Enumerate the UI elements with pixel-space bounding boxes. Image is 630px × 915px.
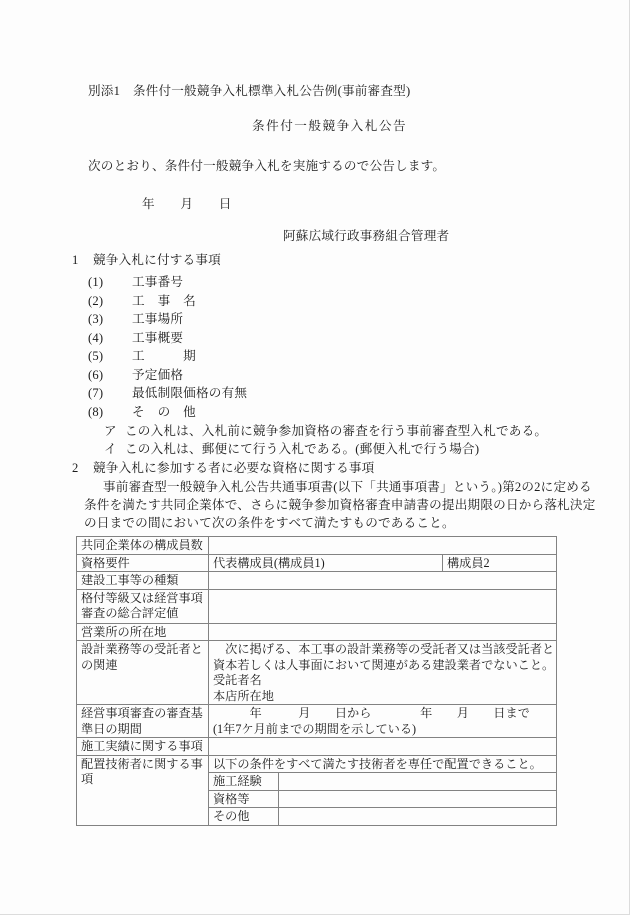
row-qualification: 資格要件 代表構成員(構成員1) 構成員2 <box>77 554 557 572</box>
section1-number: 1 <box>72 253 93 268</box>
item-6-label: 予定価格 <box>132 368 183 382</box>
item-2-label: 工 事 名 <box>132 294 196 308</box>
item-5: (5)工 期 <box>88 349 196 364</box>
item-6-number: (6) <box>88 368 132 383</box>
row-design-contractor-relation: 設計業務等の受託者との関連 次に掲げる、本工事の設計業務等の受託者又は当該受託者… <box>77 641 557 705</box>
row-qualification-label: 資格要件 <box>77 554 209 572</box>
section2-number: 2 <box>72 461 93 476</box>
item-8-number: (8) <box>88 405 132 420</box>
item-5-number: (5) <box>88 349 132 364</box>
section1-heading: 1競争入札に付する事項 <box>72 253 221 268</box>
row-engineer-experience-label: 施工経験 <box>209 773 279 791</box>
row-design-contractor-relation-label: 設計業務等の受託者との関連 <box>77 641 209 705</box>
document-page: 別添1 条件付一般競争入札標準入札公告例(事前審査型) 条件付一般競争入札公告 … <box>0 0 630 915</box>
row-jv-member-count-value <box>209 537 557 555</box>
item-3-number: (3) <box>88 312 132 327</box>
row-engineer-other-label: その他 <box>209 808 279 826</box>
date-line: 年 月 日 <box>142 197 232 212</box>
row-engineer-license-label: 資格等 <box>209 790 279 808</box>
row-rating-grade-value <box>209 589 557 623</box>
note-i-marker: イ <box>104 442 125 457</box>
item-7: (7)最低制限価格の有無 <box>88 386 247 401</box>
row-engineer-experience-value <box>279 773 557 791</box>
paragraph-line-1: 事前審査型一般競争入札公告共通事項書(以下「共通事項書」という。)第2の2に定め… <box>103 480 592 495</box>
paragraph-line-3: の日までの間において次の条件をすべて満たすものであること。 <box>84 516 455 531</box>
item-3: (3)工事場所 <box>88 312 183 327</box>
row-construction-type-value <box>209 572 557 590</box>
attachment-line: 別添1 条件付一般競争入札標準入札公告例(事前審査型) <box>88 84 410 99</box>
row-construction-type: 建設工事等の種類 <box>77 572 557 590</box>
design-relation-line-1: 次に掲げる、本工事の設計業務等の受託者又は当該受託者と <box>213 642 554 658</box>
row-office-location-label: 営業所の所在地 <box>77 623 209 641</box>
row-rating-grade: 格付等級又は経営事項審査の総合評定値 <box>77 589 557 623</box>
note-a-text: この入札は、入札前に競争参加資格の審査を行う事前審査型入札である。 <box>125 424 547 438</box>
item-4-number: (4) <box>88 331 132 346</box>
note-i: イこの入札は、郵便にて行う入札である。(郵便入札で行う場合) <box>104 442 479 457</box>
document-title: 条件付一般競争入札公告 <box>252 119 407 134</box>
section2-heading-text: 競争入札に参加する者に必要な資格に関する事項 <box>93 461 374 475</box>
item-1: (1)工事番号 <box>88 275 183 290</box>
review-period-line-1: 年 月 日から 年 月 日まで <box>213 706 554 722</box>
row-engineer-license-value <box>279 790 557 808</box>
row-assigned-engineer-label: 配置技術者に関する事項 <box>77 755 209 825</box>
row-office-location: 営業所の所在地 <box>77 623 557 641</box>
row-assigned-engineer: 配置技術者に関する事項 以下の条件をすべて満たす技術者を専任で配置できること。 <box>77 755 557 773</box>
row-design-contractor-relation-value: 次に掲げる、本工事の設計業務等の受託者又は当該受託者と 資本若しくは人事面におい… <box>209 641 557 705</box>
item-3-label: 工事場所 <box>132 312 183 326</box>
row-jv-member-count: 共同企業体の構成員数 <box>77 537 557 555</box>
item-2: (2)工 事 名 <box>88 294 196 309</box>
item-4: (4)工事概要 <box>88 331 183 346</box>
note-a: アこの入札は、入札前に競争参加資格の審査を行う事前審査型入札である。 <box>104 424 547 439</box>
row-qualification-col1: 代表構成員(構成員1) <box>209 554 443 572</box>
row-qualification-col2: 構成員2 <box>443 554 557 572</box>
item-8-label: そ の 他 <box>132 405 196 419</box>
row-rating-grade-label: 格付等級又は経営事項審査の総合評定値 <box>77 589 209 623</box>
row-construction-record-label: 施工実績に関する事項 <box>77 738 209 756</box>
design-relation-line-2: 資本若しくは人事面において関連がある建設業者でないこと。 <box>213 658 554 674</box>
item-6: (6)予定価格 <box>88 368 183 383</box>
item-1-number: (1) <box>88 275 132 290</box>
row-review-base-date-value: 年 月 日から 年 月 日まで (1年7ケ月前までの期間を示している) <box>209 705 557 738</box>
review-period-line-2: (1年7ケ月前までの期間を示している) <box>213 722 554 738</box>
item-1-label: 工事番号 <box>132 275 183 289</box>
row-office-location-value <box>209 623 557 641</box>
item-7-label: 最低制限価格の有無 <box>132 386 247 400</box>
item-4-label: 工事概要 <box>132 331 183 345</box>
row-construction-type-label: 建設工事等の種類 <box>77 572 209 590</box>
note-a-marker: ア <box>104 424 125 439</box>
item-8: (8)そ の 他 <box>88 405 196 420</box>
issuer-line: 阿蘇広域行政事務組合管理者 <box>283 229 449 244</box>
row-jv-member-count-label: 共同企業体の構成員数 <box>77 537 209 555</box>
row-review-base-date-label: 経営事項審査の審査基準日の期間 <box>77 705 209 738</box>
row-construction-record: 施工実績に関する事項 <box>77 738 557 756</box>
intro-line: 次のとおり、条件付一般競争入札を実施するので公告します。 <box>88 159 445 174</box>
design-relation-line-3: 受託者名 <box>213 673 554 689</box>
section1-heading-text: 競争入札に付する事項 <box>93 253 221 267</box>
design-relation-line-4: 本店所在地 <box>213 689 554 705</box>
item-2-number: (2) <box>88 294 132 309</box>
row-review-base-date: 経営事項審査の審査基準日の期間 年 月 日から 年 月 日まで (1年7ケ月前ま… <box>77 705 557 738</box>
note-i-text: この入札は、郵便にて行う入札である。(郵便入札で行う場合) <box>125 442 479 456</box>
row-assigned-engineer-header: 以下の条件をすべて満たす技術者を専任で配置できること。 <box>209 755 557 773</box>
row-construction-record-value <box>209 738 557 756</box>
qualification-table: 共同企業体の構成員数 資格要件 代表構成員(構成員1) 構成員2 建設工事等の種… <box>76 536 557 826</box>
section2-heading: 2競争入札に参加する者に必要な資格に関する事項 <box>72 461 374 476</box>
item-7-number: (7) <box>88 386 132 401</box>
row-engineer-other-value <box>279 808 557 826</box>
paragraph-line-2: 条件を満たす共同企業体で、さらに競争参加資格審査申請書の提出期限の日から落札決定 <box>84 498 596 513</box>
item-5-label: 工 期 <box>132 349 196 363</box>
